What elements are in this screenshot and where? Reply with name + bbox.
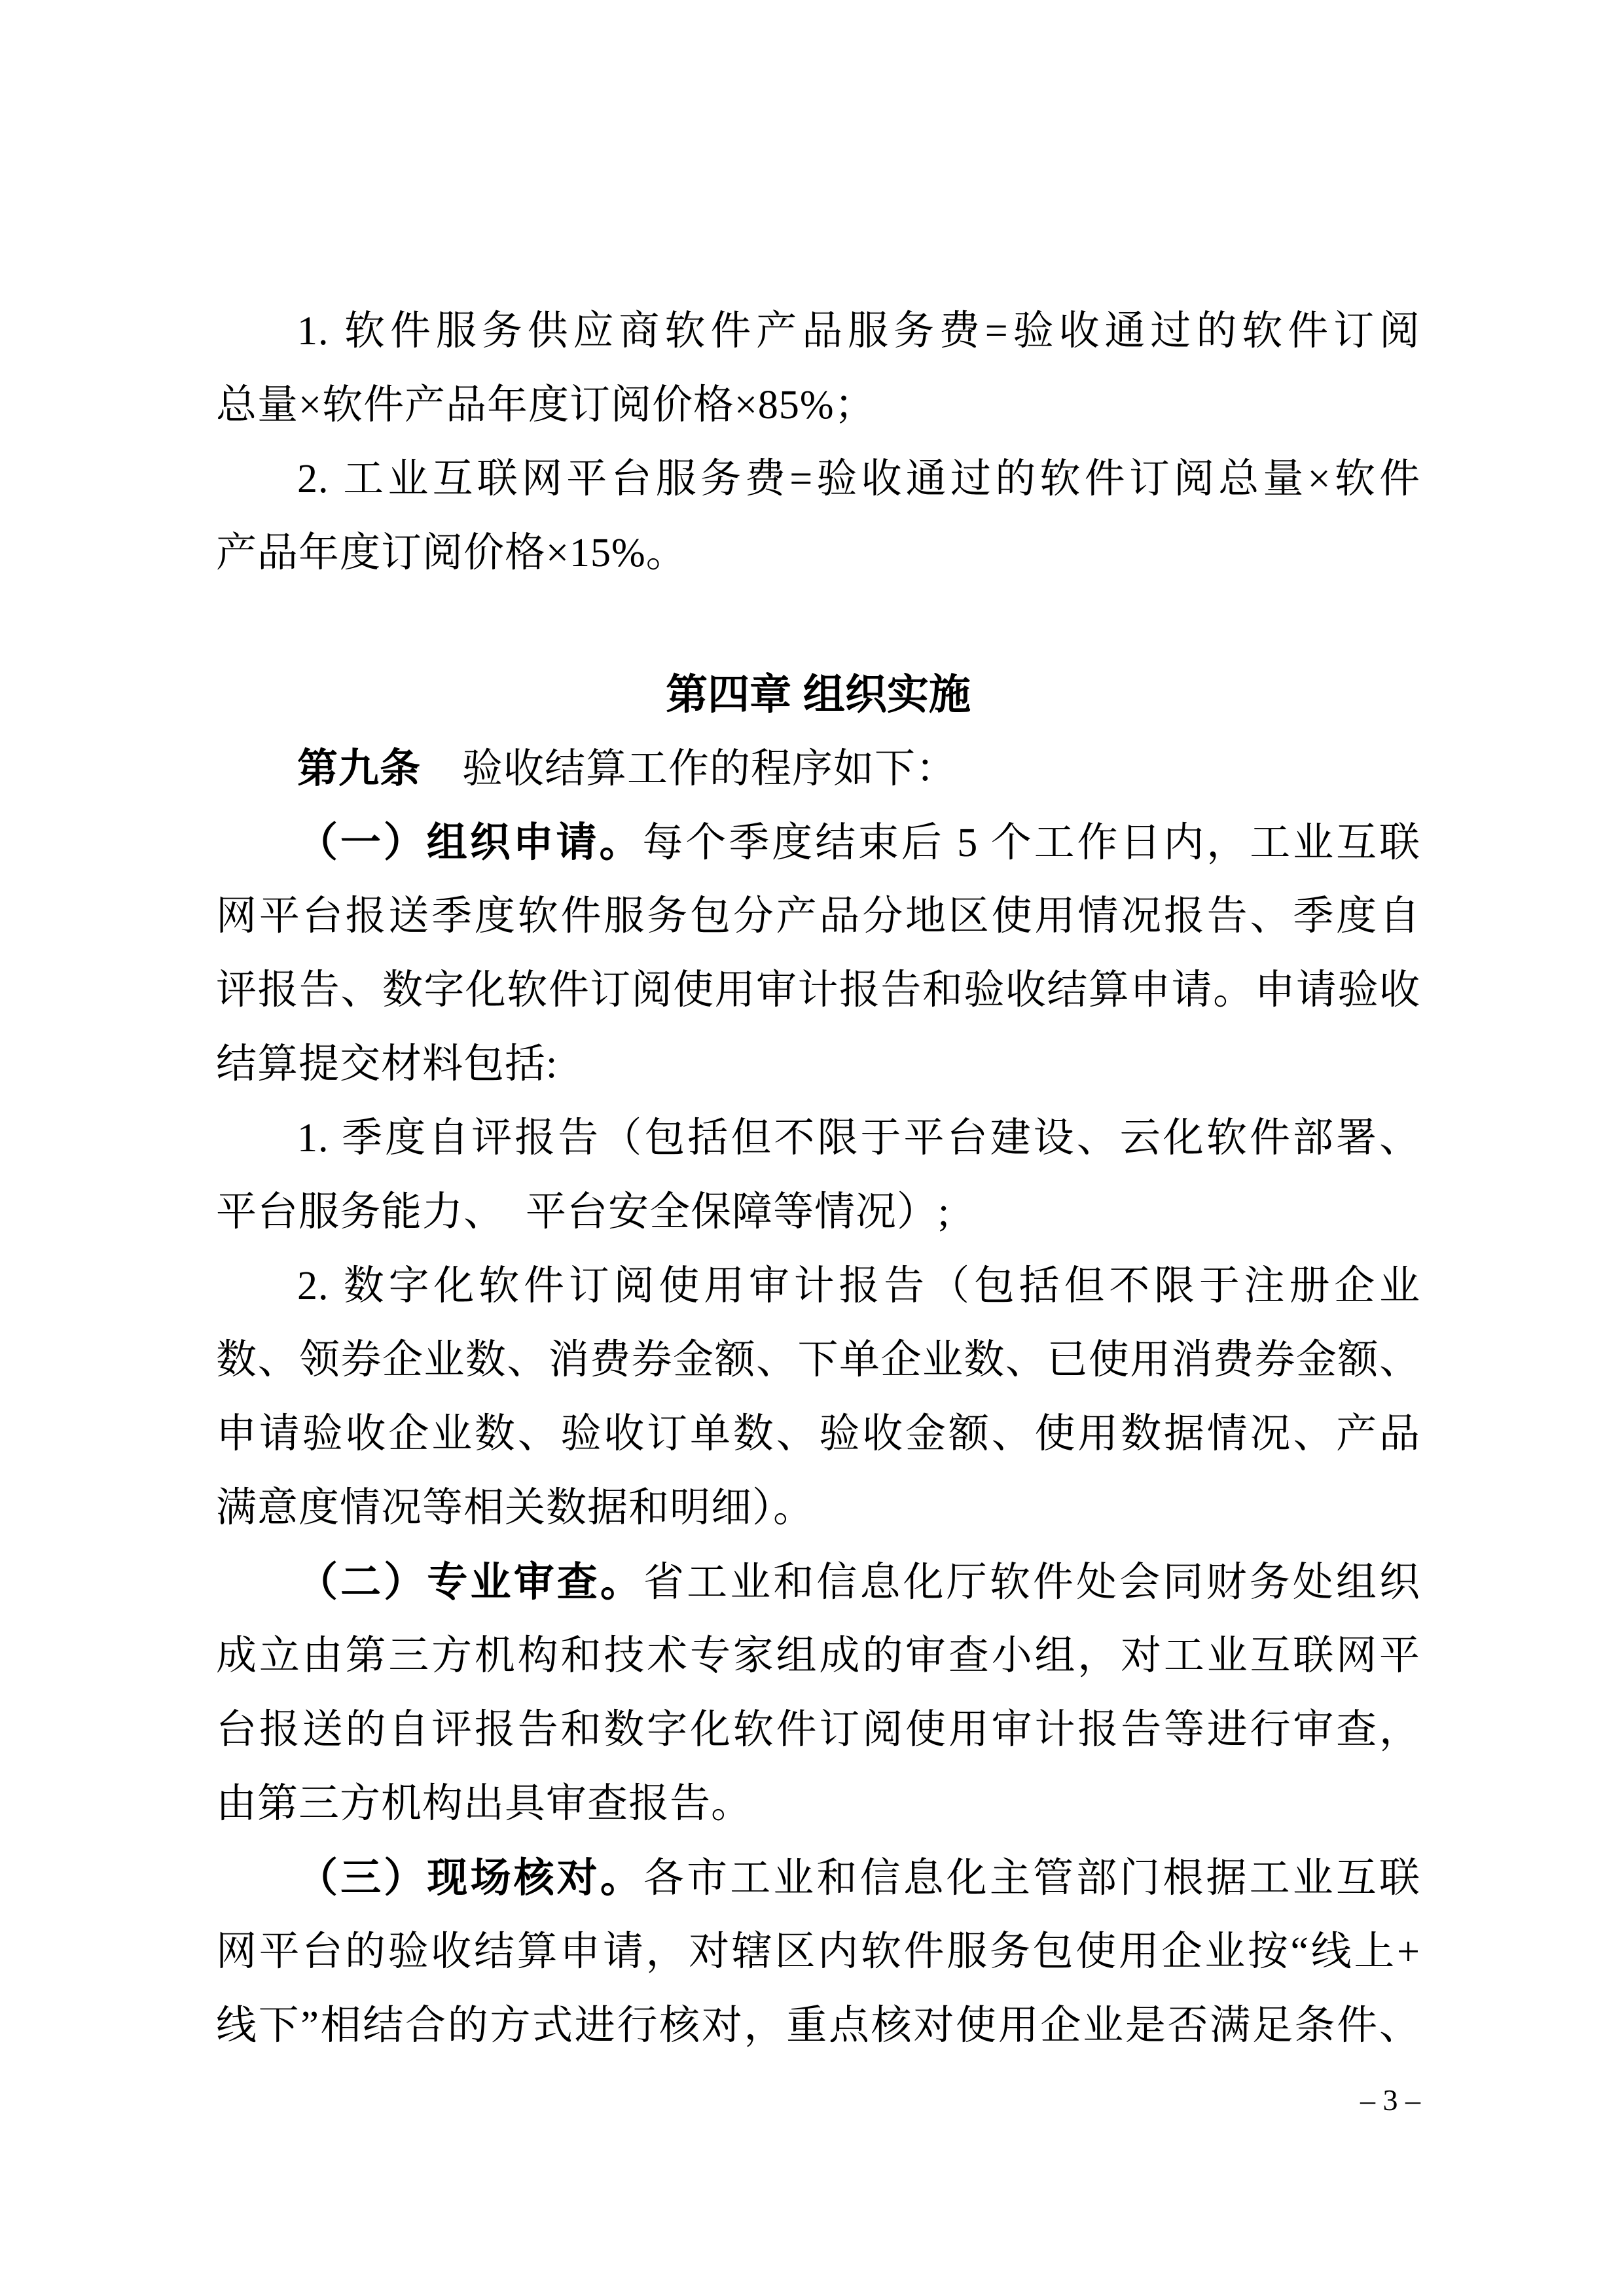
body-text: 每个季度结束后 5 个工作日内，工业互联: [642, 821, 1420, 865]
text-line: 数、领券企业数、消费券金额、下单企业数、已使用消费券金额、: [216, 1323, 1420, 1397]
text-line: 台报送的自评报告和数字化软件订阅使用审计报告等进行审查，: [216, 1693, 1420, 1767]
body-text: 产品年度订阅价格×15%。: [216, 531, 687, 575]
text-line: 由第三方机构出具审查报告。: [216, 1767, 1420, 1841]
body-text: 2. 工业互联网平台服务费=验收通过的软件订阅总量×软件: [297, 457, 1420, 501]
text-line: 2. 数字化软件订阅使用审计报告（包括但不限于注册企业: [216, 1249, 1420, 1323]
page-footer: – 3 –: [216, 2081, 1422, 2120]
chapter-heading: 第四章 组织实施: [216, 658, 1420, 732]
body-text: 网平台的验收结算申请，对辖区内软件服务包使用企业按“线上+: [216, 1929, 1420, 1974]
body-text: 1. 季度自评报告（包括但不限于平台建设、云化软件部署、: [297, 1116, 1420, 1160]
document-page: 1. 软件服务供应商软件产品服务费=验收通过的软件订阅 总量×软件产品年度订阅价…: [0, 0, 1624, 2296]
text-line: 产品年度订阅价格×15%。: [216, 516, 1420, 590]
body-text: 线下”相结合的方式进行核对，重点核对使用企业是否满足条件、: [216, 2003, 1420, 2048]
body-text: 台报送的自评报告和数字化软件订阅使用审计报告等进行审查，: [216, 1708, 1420, 1752]
body-text: 数、领券企业数、消费券金额、下单企业数、已使用消费券金额、: [216, 1338, 1420, 1382]
body-text: 平台服务能力、 平台安全保障等情况）;: [216, 1190, 950, 1234]
section-head: （三）现场核对。: [297, 1856, 643, 1901]
body-text: 验收结算工作的程序如下：: [421, 747, 957, 791]
text-line: 网平台报送季度软件服务包分产品分地区使用情况报告、季度自: [216, 880, 1420, 954]
body-text: 申请验收企业数、验收订单数、验收金额、使用数据情况、产品: [216, 1412, 1420, 1456]
text-line: （一）组织申请。每个季度结束后 5 个工作日内，工业互联: [216, 806, 1420, 880]
text-line: 线下”相结合的方式进行核对，重点核对使用企业是否满足条件、: [216, 1989, 1420, 2063]
section-head: （一）组织申请。: [297, 820, 642, 865]
document-body: 1. 软件服务供应商软件产品服务费=验收通过的软件订阅 总量×软件产品年度订阅价…: [216, 295, 1420, 2063]
text-line: （二）专业审查。省工业和信息化厅软件处会同财务处组织: [216, 1545, 1420, 1619]
text-line: 2. 工业互联网平台服务费=验收通过的软件订阅总量×软件: [216, 442, 1420, 516]
body-text: 总量×软件产品年度订阅价格×85%；: [216, 383, 876, 427]
body-text: 结算提交材料包括:: [216, 1042, 558, 1086]
body-text: 评报告、数字化软件订阅使用审计报告和验收结算申请。申请验收: [216, 968, 1420, 1013]
text-line: 总量×软件产品年度订阅价格×85%；: [216, 368, 1420, 442]
body-text: 成立由第三方机构和技术专家组成的审查小组，对工业互联网平: [216, 1634, 1420, 1678]
body-text: 各市工业和信息化主管部门根据工业互联: [643, 1856, 1420, 1901]
text-line: 网平台的验收结算申请，对辖区内软件服务包使用企业按“线上+: [216, 1915, 1420, 1989]
text-line: 申请验收企业数、验收订单数、验收金额、使用数据情况、产品: [216, 1397, 1420, 1471]
text-line: 评报告、数字化软件订阅使用审计报告和验收结算申请。申请验收: [216, 954, 1420, 1028]
body-text: 省工业和信息化厅软件处会同财务处组织: [643, 1560, 1420, 1605]
page-number: – 3 –: [1360, 2083, 1420, 2117]
text-line: 结算提交材料包括:: [216, 1028, 1420, 1102]
text-line: 1. 软件服务供应商软件产品服务费=验收通过的软件订阅: [216, 295, 1420, 368]
section-head: （二）专业审查。: [297, 1560, 643, 1605]
text-line: 成立由第三方机构和技术专家组成的审查小组，对工业互联网平: [216, 1619, 1420, 1693]
body-text: 由第三方机构出具审查报告。: [216, 1782, 752, 1826]
text-line: 第九条 验收结算工作的程序如下：: [216, 732, 1420, 806]
text-line: 1. 季度自评报告（包括但不限于平台建设、云化软件部署、: [216, 1102, 1420, 1175]
body-text: 2. 数字化软件订阅使用审计报告（包括但不限于注册企业: [297, 1264, 1420, 1308]
text-line: 满意度情况等相关数据和明细）。: [216, 1471, 1420, 1545]
body-text: 网平台报送季度软件服务包分产品分地区使用情况报告、季度自: [216, 894, 1420, 939]
body-text: 1. 软件服务供应商软件产品服务费=验收通过的软件订阅: [297, 309, 1420, 353]
article-label: 第九条: [297, 746, 421, 791]
text-line: （三）现场核对。各市工业和信息化主管部门根据工业互联: [216, 1841, 1420, 1915]
body-text: 满意度情况等相关数据和明细）。: [216, 1486, 814, 1530]
text-line: 平台服务能力、 平台安全保障等情况）;: [216, 1175, 1420, 1249]
